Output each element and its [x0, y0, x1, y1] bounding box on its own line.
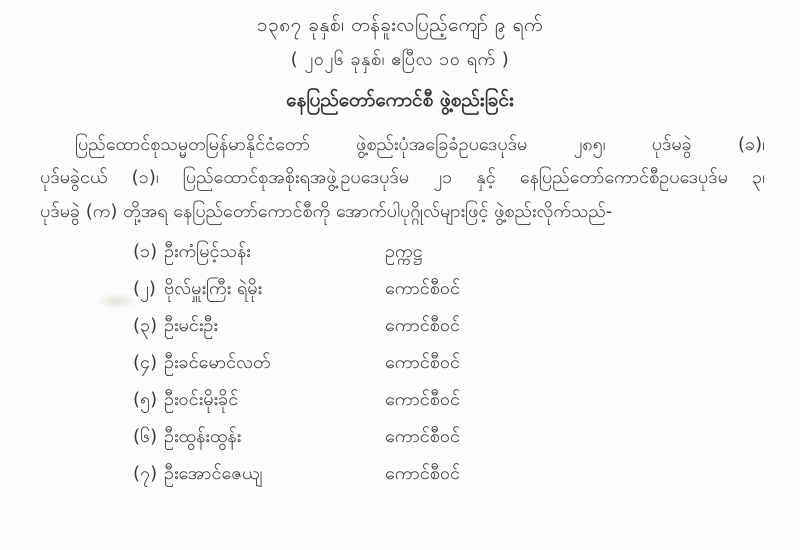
member-name: ဦးအောင်ဇေယျ — [164, 461, 262, 488]
row-number: (၆) — [133, 424, 157, 451]
member-role: ကောင်စီဝင် — [385, 276, 460, 303]
paragraph-line-1: ပြည်ထောင်စုသမ္မတမြန်မာနိုင်ငံတော် ဖွဲ့စည… — [40, 130, 765, 160]
member-name: ဦးမင်းဦး — [164, 313, 218, 340]
row-number: (၃) — [133, 313, 157, 340]
member-name: ဦးထွန်းထွန်း — [164, 424, 241, 451]
council-member-row: (၇) ဦးအောင်ဇေယျ ကောင်စီဝင် — [0, 461, 800, 495]
row-number: (၁) — [133, 239, 157, 266]
paragraph-line-3: ပုဒ်မခွဲ (က) တို့အရ နေပြည်တော်ကောင်စီကို… — [40, 197, 765, 227]
council-member-row: (၅) ဦးဝင်းမိုးခိုင် ကောင်စီဝင် — [0, 387, 800, 421]
paragraph-line-2: ပုဒ်မခွဲငယ် (၁)၊ ပြည်ထောင်စုအစိုးရအဖွဲ့ဥ… — [40, 163, 765, 193]
council-member-row: (၆) ဦးထွန်းထွန်း ကောင်စီဝင် — [0, 424, 800, 458]
row-number: (၄) — [133, 350, 157, 377]
member-role: ကောင်စီဝင် — [385, 387, 460, 414]
row-number: (၂) — [133, 276, 156, 303]
member-name: ဦးခင်မောင်လတ် — [164, 350, 271, 377]
member-role: ကောင်စီဝင် — [385, 424, 460, 451]
council-member-row: (၃) ဦးမင်းဦး ကောင်စီဝင် — [0, 313, 800, 347]
council-member-row: (၄) ဦးခင်မောင်လတ် ကောင်စီဝင် — [0, 350, 800, 384]
myanmar-era-date-line: ၁၃၈၇ ခုနှစ်၊ တန်ခူးလပြည့်ကျော် ၉ ရက် — [0, 13, 800, 41]
row-number: (၇) — [133, 461, 157, 488]
row-number: (၅) — [133, 387, 157, 414]
council-member-row: (၁) ဦးကံမြင့်သန်း ဥက္ကဋ္ဌ — [0, 239, 800, 273]
document-title: နေပြည်တော်ကောင်စီ ဖွဲ့စည်းခြင်း — [0, 88, 800, 116]
member-name: ဦးကံမြင့်သန်း — [164, 239, 251, 266]
member-name: ဦးဝင်းမိုးခိုင် — [164, 387, 238, 414]
document-page: ၁၃၈၇ ခုနှစ်၊ တန်ခူးလပြည့်ကျော် ၉ ရက် ( ၂… — [0, 0, 800, 550]
member-role: ဥက္ကဋ္ဌ — [385, 239, 422, 266]
member-role: ကောင်စီဝင် — [385, 461, 460, 488]
member-role: ကောင်စီဝင် — [385, 313, 460, 340]
gregorian-date-line: ( ၂၀၂၆ ခုနှစ်၊ ဧပြီလ ၁၀ ရက် ) — [0, 47, 800, 74]
council-member-row: (၂) ဗိုလ်မှူးကြီး ရဲမိုး ကောင်စီဝင် — [0, 276, 800, 310]
member-role: ကောင်စီဝင် — [385, 350, 460, 377]
member-name: ဗိုလ်မှူးကြီး ရဲမိုး — [164, 276, 262, 303]
